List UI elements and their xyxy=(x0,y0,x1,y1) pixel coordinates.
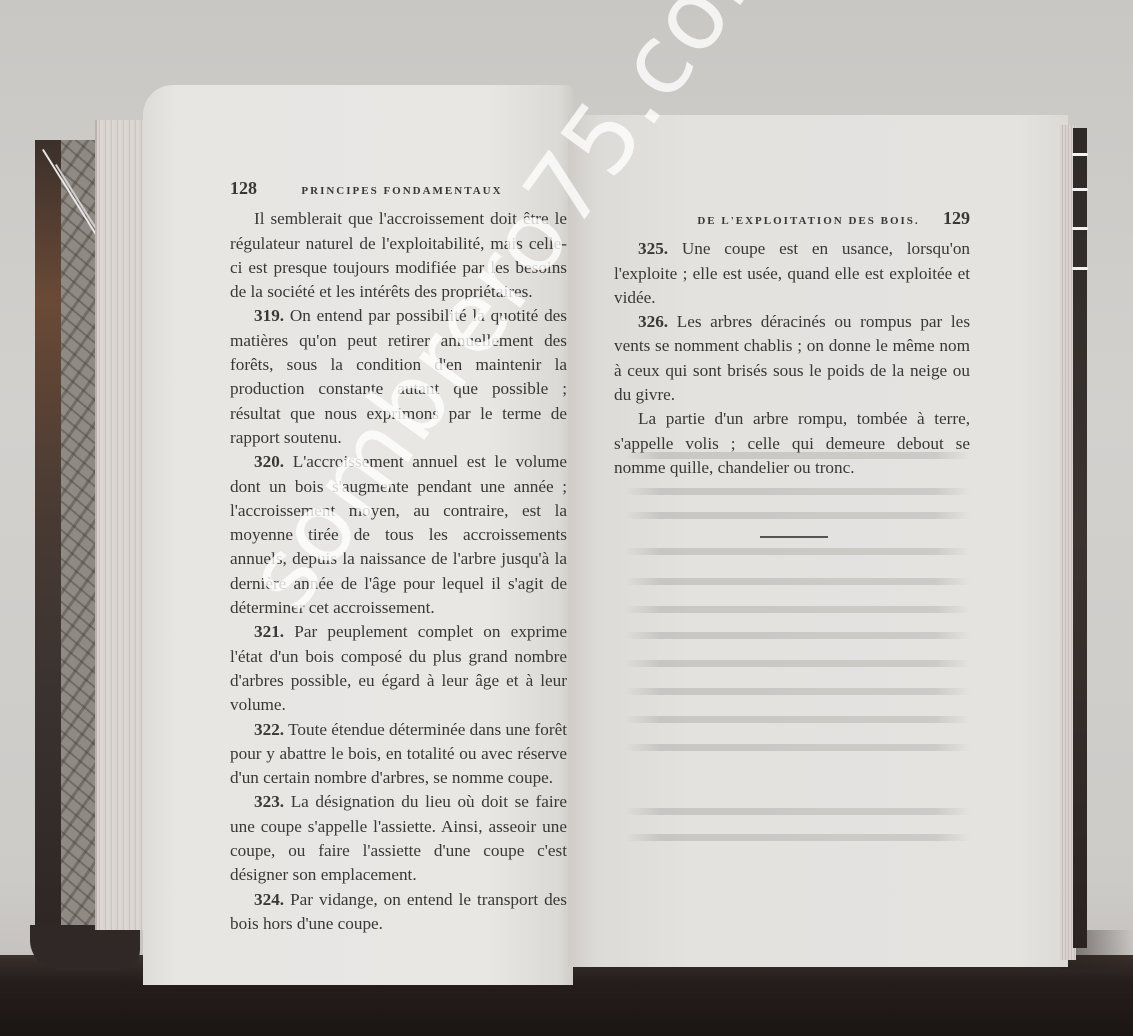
binding-stitch xyxy=(1072,267,1088,270)
bleed-through-text xyxy=(625,744,970,751)
bleed-through-text xyxy=(625,606,970,613)
bleed-through-text xyxy=(625,834,970,841)
right-running-head: DE L'EXPLOITATION DES BOIS. 129 xyxy=(614,206,970,233)
bleed-through-text xyxy=(625,716,970,723)
page-number: 128 xyxy=(230,176,257,200)
paragraph-322: 322. Toute étendue déterminée dans une f… xyxy=(230,718,567,791)
bleed-through-text xyxy=(625,512,970,519)
bleed-through-text xyxy=(625,688,970,695)
paragraph-326: 326. Les arbres déracinés ou rompus par … xyxy=(614,310,970,407)
section-end-rule xyxy=(760,536,828,538)
bleed-through-text xyxy=(625,488,970,495)
paragraph-325: 325. Une coupe est en usance, lorsqu'on … xyxy=(614,237,970,310)
paragraph-321: 321. Par peuplement complet on exprime l… xyxy=(230,620,567,717)
binding-stitch xyxy=(1072,227,1088,230)
bleed-through-text xyxy=(625,808,970,815)
binding-stitch xyxy=(1072,188,1088,191)
right-page-text: DE L'EXPLOITATION DES BOIS. 129 325. Une… xyxy=(614,206,970,480)
cover-corner xyxy=(30,925,140,970)
bleed-through-text xyxy=(625,578,970,585)
page-number: 129 xyxy=(943,206,970,230)
left-cover-leather-edge xyxy=(35,140,61,940)
bleed-through-text xyxy=(625,548,970,555)
paragraph-324: 324. Par vidange, on entend le transport… xyxy=(230,888,567,937)
paragraph-323: 323. La désignation du lieu où doit se f… xyxy=(230,790,567,887)
bleed-through-text xyxy=(625,660,970,667)
right-cover-spine xyxy=(1073,128,1087,948)
running-head-title: DE L'EXPLOITATION DES BOIS. xyxy=(697,209,919,233)
running-head-title: PRINCIPES FONDAMENTAUX xyxy=(301,179,502,203)
bleed-through-text xyxy=(625,632,970,639)
paragraph: La partie d'un arbre rompu, tombée à ter… xyxy=(614,407,970,480)
binding-stitch xyxy=(1072,153,1088,156)
